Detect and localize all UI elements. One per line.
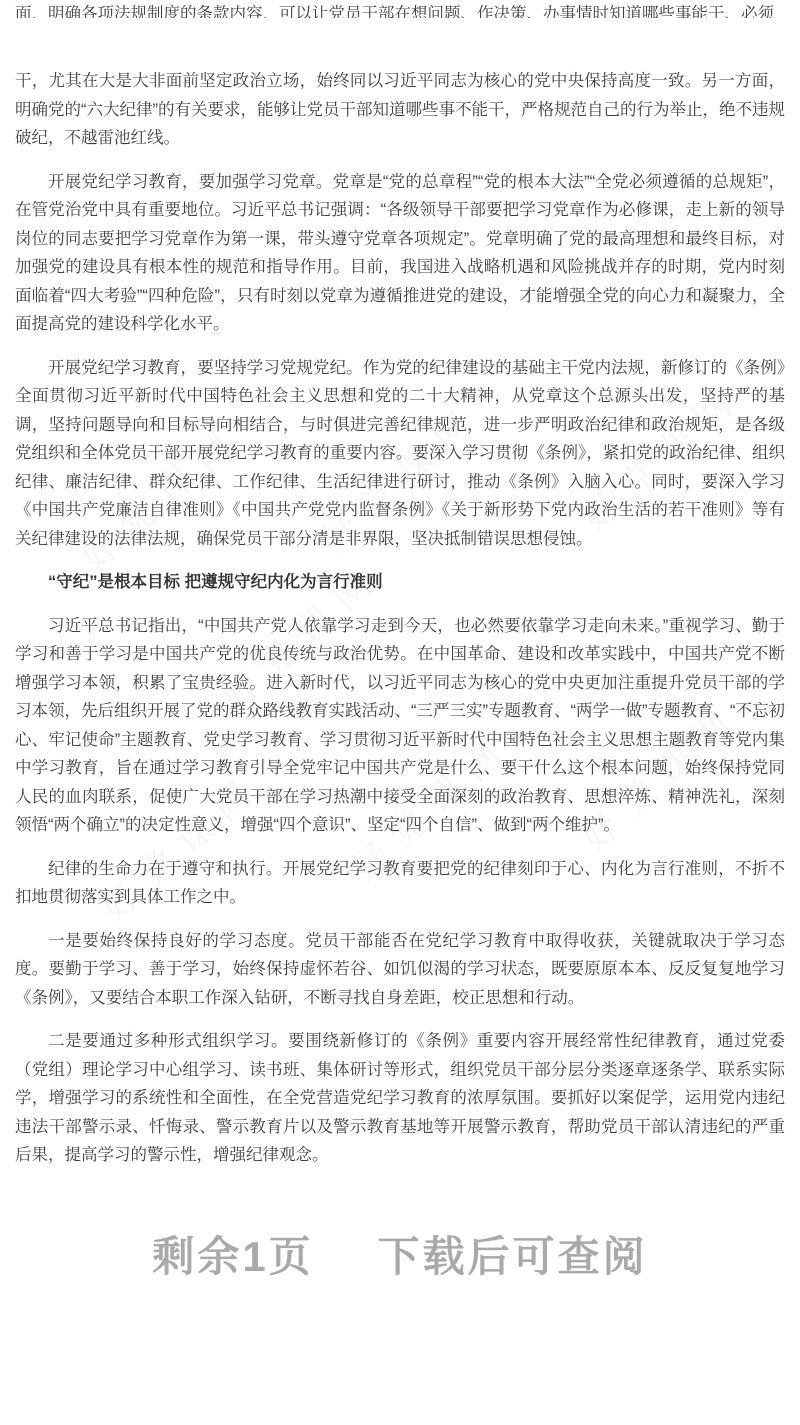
paragraph-learning-tradition: 习近平总书记指出，“中国共产党人依靠学习走到今天，也必然要依靠学习走向未来。”重… bbox=[15, 612, 785, 840]
paragraph-study-charter: 开展党纪学习教育，要加强学习党章。党章是“党的总章程”“党的根本大法”“全党必须… bbox=[15, 168, 785, 339]
paragraph-clipped: 面，明确各项法规制度的条款内容，可以让党员干部在想问题、作决策、办事情时知道哪些… bbox=[15, 0, 785, 18]
download-hint-label: 下载后可查阅 bbox=[378, 1233, 648, 1280]
paragraph-discipline-life: 纪律的生命力在于遵守和执行。开展党纪学习教育要把党的纪律刻印于心、内化为言行准则… bbox=[15, 855, 785, 912]
paragraph-study-rules: 开展党纪学习教育，要坚持学习党规党纪。作为党的纪律建设的基础主干党内法规，新修订… bbox=[15, 354, 785, 554]
document-body: 面，明确各项法规制度的条款内容，可以让党员干部在想问题、作决策、办事情时知道哪些… bbox=[0, 0, 800, 1170]
paragraph-continuation: 干，尤其在大是大非面前坚定政治立场，始终同以习近平同志为核心的党中央保持高度一致… bbox=[15, 67, 785, 153]
remaining-pages-label: 剩余1页 bbox=[152, 1233, 313, 1280]
paragraph-point-one: 一是要始终保持良好的学习态度。党员干部能否在党纪学习教育中取得收获，关键就取决于… bbox=[15, 927, 785, 1013]
footer-banner: 剩余1页下载后可查阅 bbox=[0, 1232, 800, 1282]
clipped-first-line: 面，明确各项法规制度的条款内容，可以让党员干部在想问题、作决策、办事情时知道哪些… bbox=[15, 0, 785, 18]
section-heading: “守纪”是根本目标 把遵规守纪内化为言行准则 bbox=[15, 568, 785, 597]
paragraph-point-two: 二是要通过多种形式组织学习。要围绕新修订的《条例》重要内容开展经常性纪律教育，通… bbox=[15, 1027, 785, 1170]
document-preview-page: 好党课网 好党课网 好党课网 好党课网 好党课网 好党课网 好党课网 面，明确各… bbox=[0, 0, 800, 1425]
page-break-gap bbox=[15, 18, 785, 67]
